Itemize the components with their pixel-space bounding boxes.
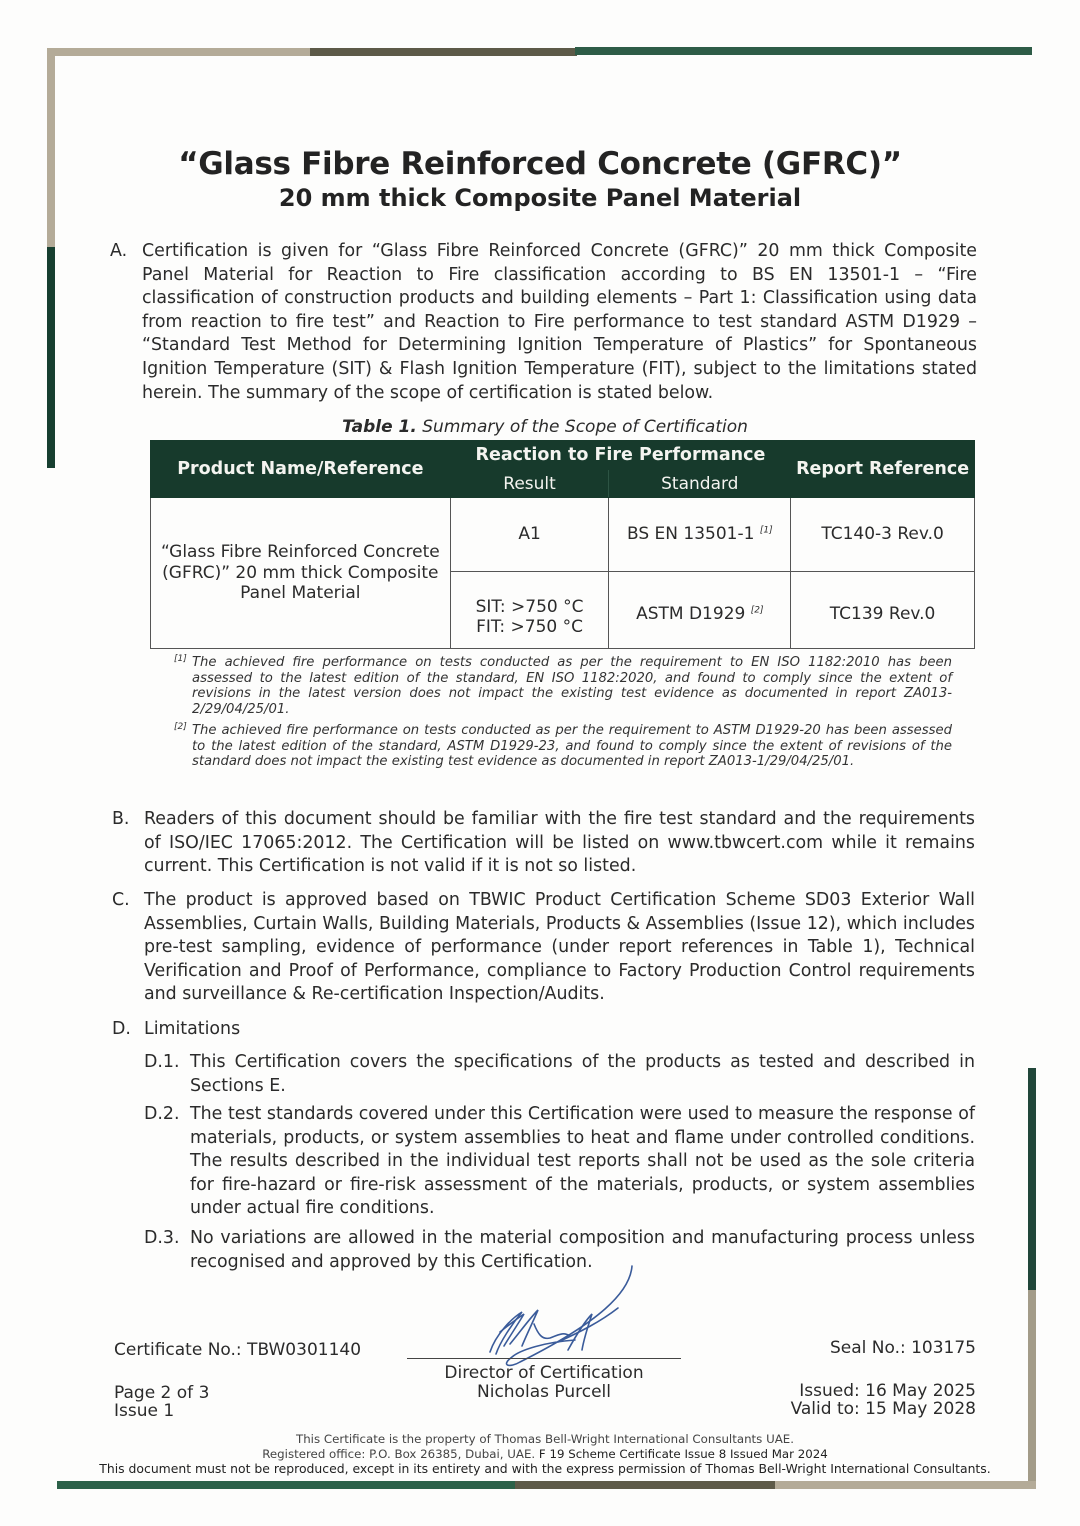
standard-cell: BS EN 13501-1 [1]	[609, 498, 791, 572]
header-result: Result	[450, 470, 609, 498]
section-d: D. Limitations	[144, 1018, 975, 1042]
limitation-d2: D.2. The test standards covered under th…	[190, 1103, 975, 1221]
limitation-d3-label: D.3.	[144, 1227, 180, 1251]
footnote-ref-1: [1]	[760, 525, 773, 535]
footnote-2-marker: [2]	[174, 720, 187, 736]
standard-name: BS EN 13501-1	[627, 524, 754, 544]
footnote-2-text: The achieved fire performance on tests c…	[192, 723, 952, 769]
header-product: Product Name/Reference	[151, 441, 451, 498]
table-caption: Table 1. Summary of the Scope of Certifi…	[0, 417, 1080, 437]
product-name-cell: “Glass Fibre Reinforced Concrete (GFRC)”…	[151, 498, 451, 649]
issue-number: Issue 1	[114, 1401, 174, 1421]
section-c: C. The product is approved based on TBWI…	[144, 889, 975, 1007]
frame-top-beige	[47, 48, 312, 56]
registered-office: Registered office: P.O. Box 26385, Dubai…	[262, 1447, 539, 1461]
standard-name: ASTM D1929	[636, 604, 745, 624]
result-cell: A1	[450, 498, 609, 572]
table-row: “Glass Fibre Reinforced Concrete (GFRC)”…	[151, 498, 975, 572]
section-b-label: B.	[112, 808, 129, 832]
footnote-1-text: The achieved fire performance on tests c…	[192, 655, 952, 717]
result-fit: FIT: >750 °C	[451, 617, 609, 637]
section-a: A. Certification is given for “Glass Fib…	[142, 240, 977, 405]
product-name: “Glass Fibre Reinforced Concrete (GFRC)”…	[161, 542, 440, 603]
limitation-d1-label: D.1.	[144, 1051, 180, 1075]
footnote-1-marker: [1]	[174, 652, 187, 668]
issued-date: Issued: 16 May 2025	[799, 1381, 976, 1401]
section-a-label: A.	[110, 240, 127, 264]
table-caption-text: Summary of the Scope of Certification	[417, 417, 748, 437]
report-cell: TC140-3 Rev.0	[791, 498, 975, 572]
signatory-name: Nicholas Purcell	[407, 1382, 681, 1402]
report-cell: TC139 Rev.0	[791, 572, 975, 649]
document-subtitle: 20 mm thick Composite Panel Material	[0, 184, 1080, 212]
page-number: Page 2 of 3	[114, 1383, 209, 1403]
legal-office-line: Registered office: P.O. Box 26385, Dubai…	[0, 1447, 1080, 1461]
frame-bottom-brown	[515, 1481, 777, 1489]
result-sit: SIT: >750 °C	[451, 597, 609, 617]
scheme-certificate-issue: F 19 Scheme Certificate Issue 8 Issued M…	[539, 1447, 828, 1461]
document-title: “Glass Fibre Reinforced Concrete (GFRC)”	[0, 146, 1080, 182]
limitation-d1: D.1. This Certification covers the speci…	[190, 1051, 975, 1098]
table-caption-number: Table 1.	[342, 417, 417, 437]
section-d-heading: Limitations	[144, 1018, 975, 1042]
limitation-d2-label: D.2.	[144, 1103, 180, 1127]
frame-right-green	[1028, 1068, 1036, 1290]
section-b-text: Readers of this document should be famil…	[144, 808, 975, 879]
seal-number: Seal No.: 103175	[830, 1338, 976, 1358]
header-standard: Standard	[609, 470, 791, 498]
footnote-ref-2: [2]	[751, 605, 764, 615]
valid-to-date: Valid to: 15 May 2028	[791, 1399, 976, 1419]
legal-reproduction-line: This document must not be reproduced, ex…	[0, 1461, 1080, 1476]
section-b: B. Readers of this document should be fa…	[144, 808, 975, 879]
frame-bottom-green	[57, 1481, 517, 1489]
section-a-text: Certification is given for “Glass Fibre …	[142, 240, 977, 405]
legal-property-line: This Certificate is the property of Thom…	[0, 1432, 1080, 1446]
section-c-label: C.	[112, 889, 130, 913]
frame-top-brown	[310, 48, 577, 56]
signature-icon	[460, 1262, 660, 1372]
header-report-reference: Report Reference	[791, 441, 975, 498]
header-reaction-to-fire: Reaction to Fire Performance	[450, 441, 791, 470]
frame-top-green	[575, 47, 1032, 55]
limitation-d1-text: This Certification covers the specificat…	[190, 1051, 975, 1098]
scope-table: Product Name/Reference Reaction to Fire …	[150, 440, 975, 649]
certificate-number: Certificate No.: TBW0301140	[114, 1340, 361, 1360]
result-cell: SIT: >750 °C FIT: >750 °C	[450, 572, 609, 649]
limitation-d2-text: The test standards covered under this Ce…	[190, 1103, 975, 1221]
section-c-text: The product is approved based on TBWIC P…	[144, 889, 975, 1007]
standard-cell: ASTM D1929 [2]	[609, 572, 791, 649]
signatory-title: Director of Certification	[407, 1363, 681, 1383]
footnote-2: [2] The achieved fire performance on tes…	[192, 723, 952, 770]
frame-bottom-beige	[775, 1481, 1036, 1489]
signature-line	[407, 1358, 681, 1359]
section-d-label: D.	[112, 1018, 131, 1042]
footnote-1: [1] The achieved fire performance on tes…	[192, 655, 952, 718]
